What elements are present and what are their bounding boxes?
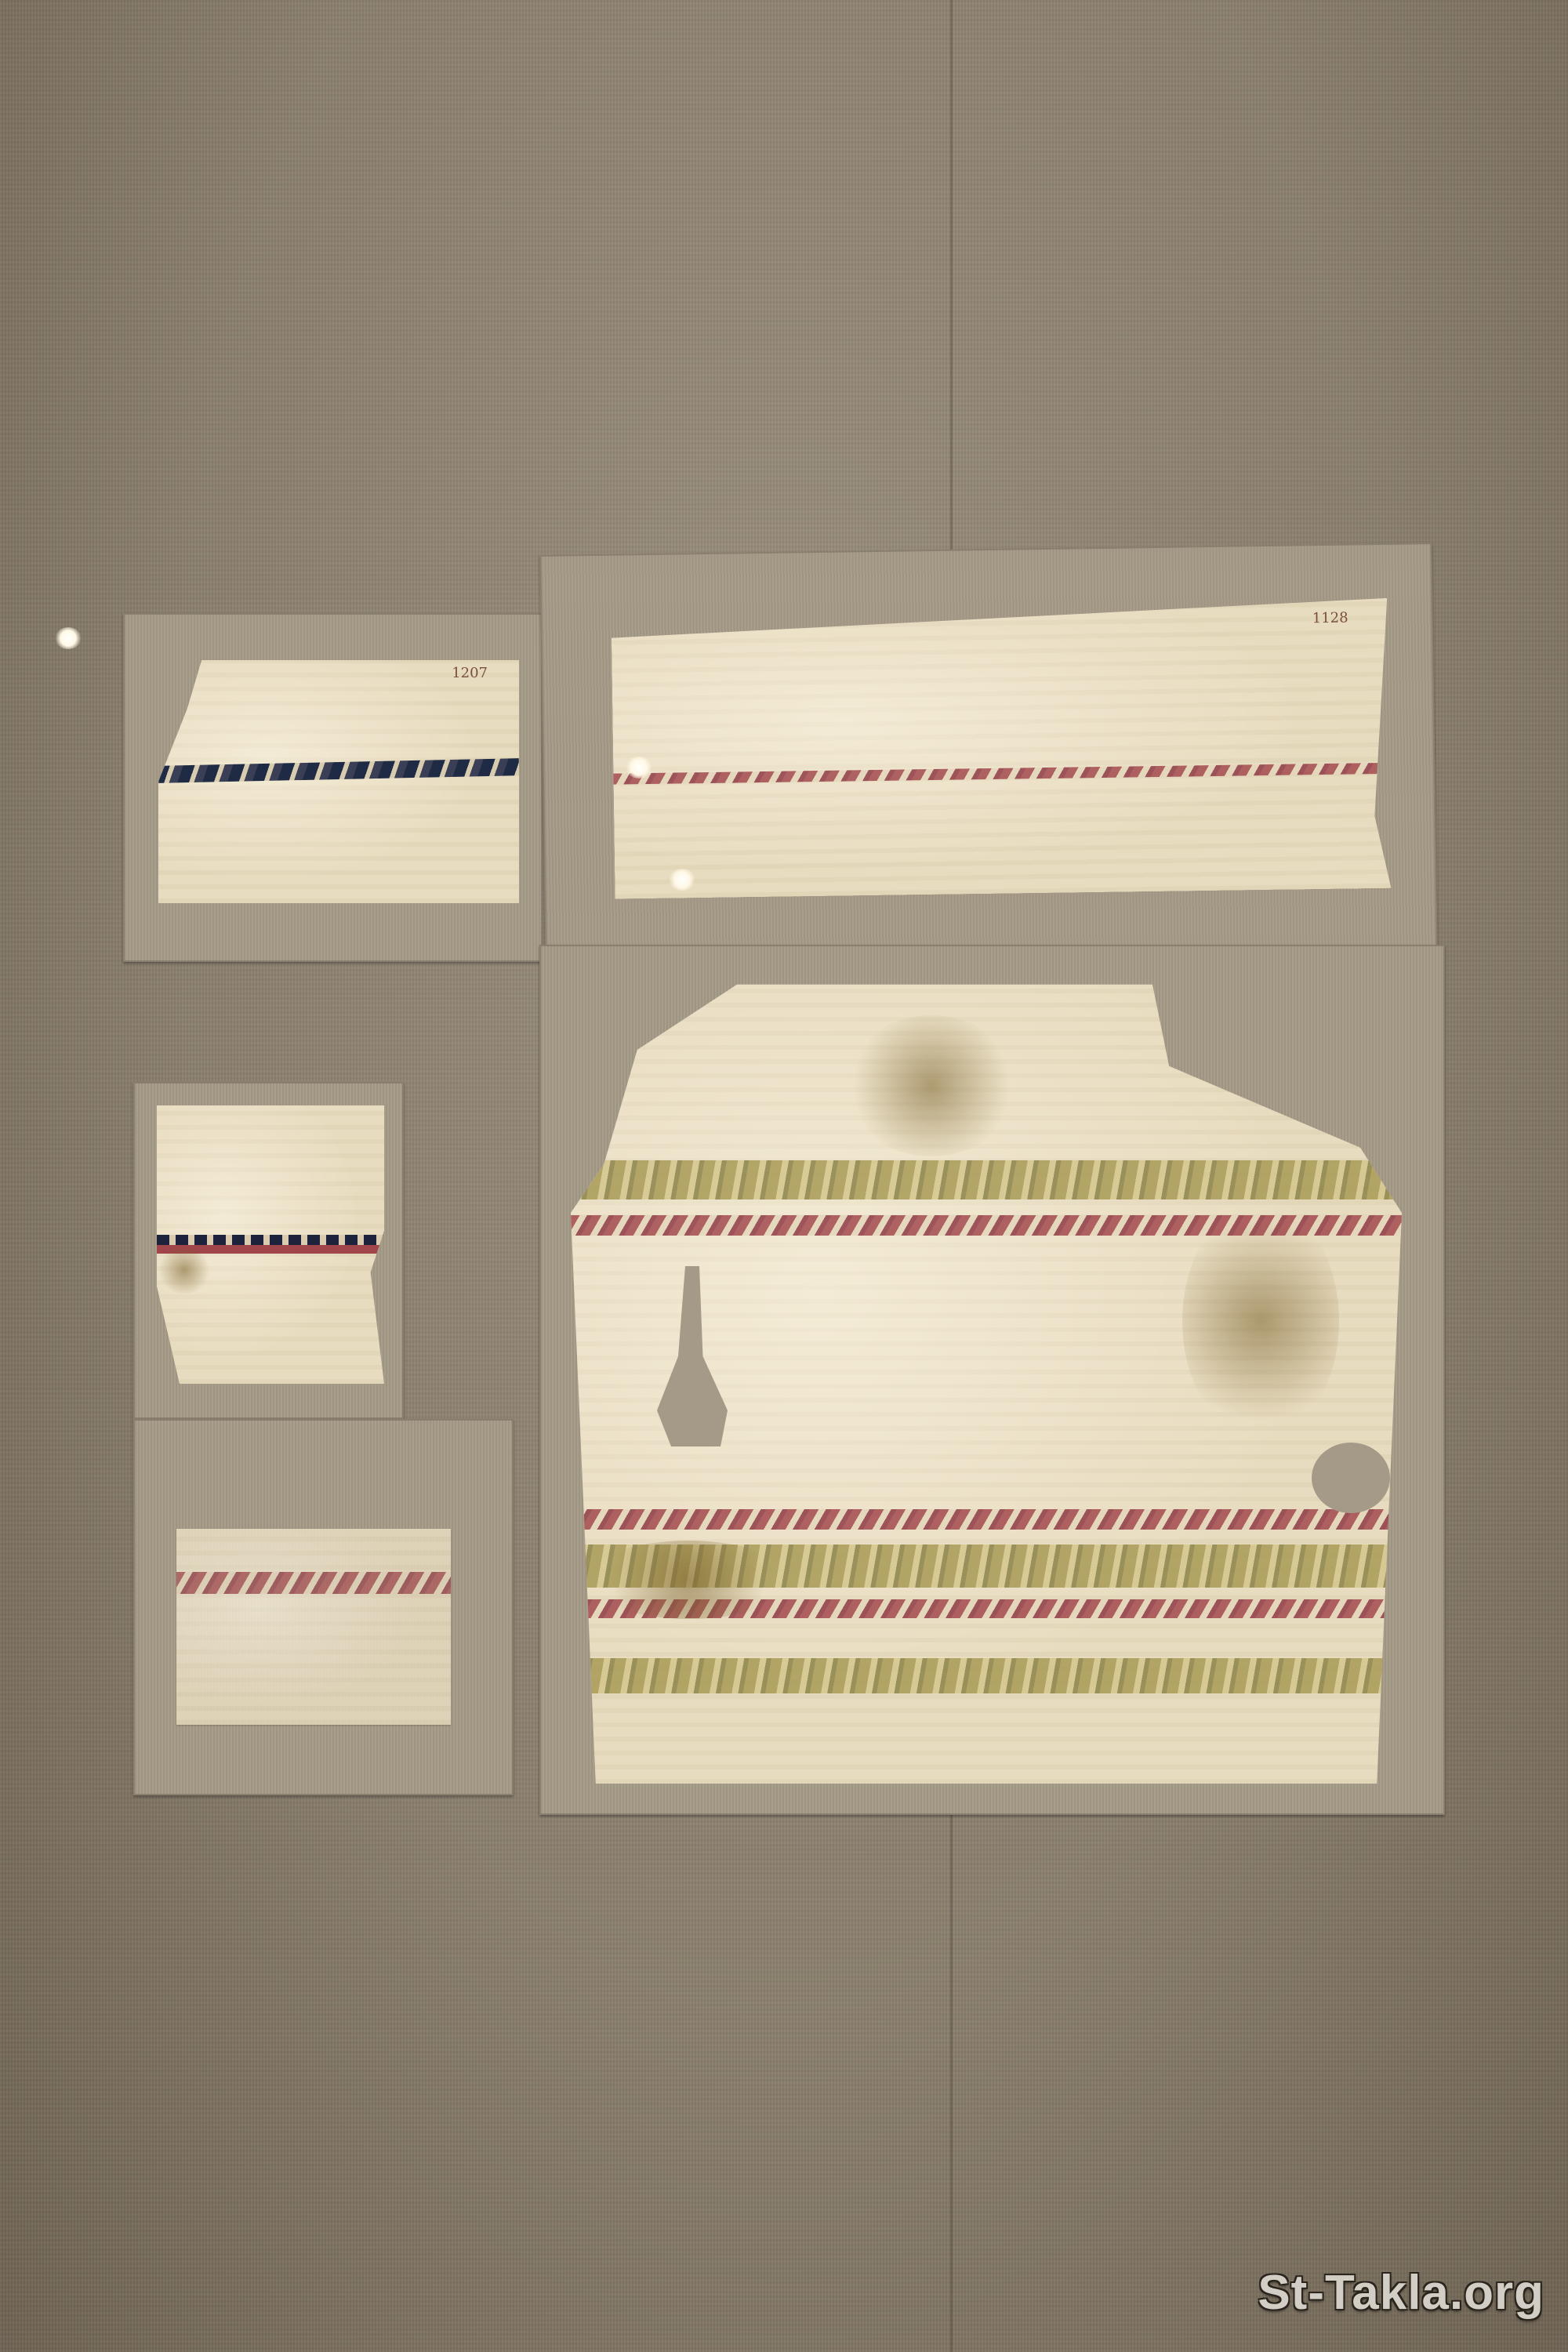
light-reflection <box>626 757 652 779</box>
hole <box>1312 1443 1390 1513</box>
fragment-large-right <box>571 968 1402 1784</box>
red-woven-band <box>613 763 1389 785</box>
inventory-number: 1207 <box>452 665 488 681</box>
watermark: St-Takla.org <box>1258 2265 1544 2321</box>
fragment-bottom-left <box>176 1529 451 1725</box>
stain <box>1182 1203 1339 1439</box>
mount-top-left: 1207 <box>123 613 543 962</box>
light-reflection <box>55 627 82 649</box>
red-woven-band <box>176 1572 451 1594</box>
olive-band-bottom <box>571 1658 1402 1693</box>
inventory-number: 1128 <box>1312 610 1348 627</box>
mount-top-right: 1128 <box>539 543 1437 967</box>
stain <box>157 1247 212 1294</box>
fragment-top-right: 1128 <box>611 598 1391 899</box>
fragment-top-left: 1207 <box>158 660 519 903</box>
stain <box>845 1015 1018 1156</box>
light-reflection <box>669 869 695 891</box>
mount-middle-left <box>133 1082 404 1419</box>
blue-woven-band <box>158 758 519 783</box>
red-band-middle <box>571 1509 1402 1530</box>
hole <box>657 1266 728 1446</box>
olive-band-top <box>571 1160 1402 1200</box>
mount-bottom-left <box>133 1419 514 1795</box>
mount-large-right <box>539 945 1445 1815</box>
stain <box>586 1541 790 1619</box>
fragment-middle-left <box>157 1105 384 1384</box>
